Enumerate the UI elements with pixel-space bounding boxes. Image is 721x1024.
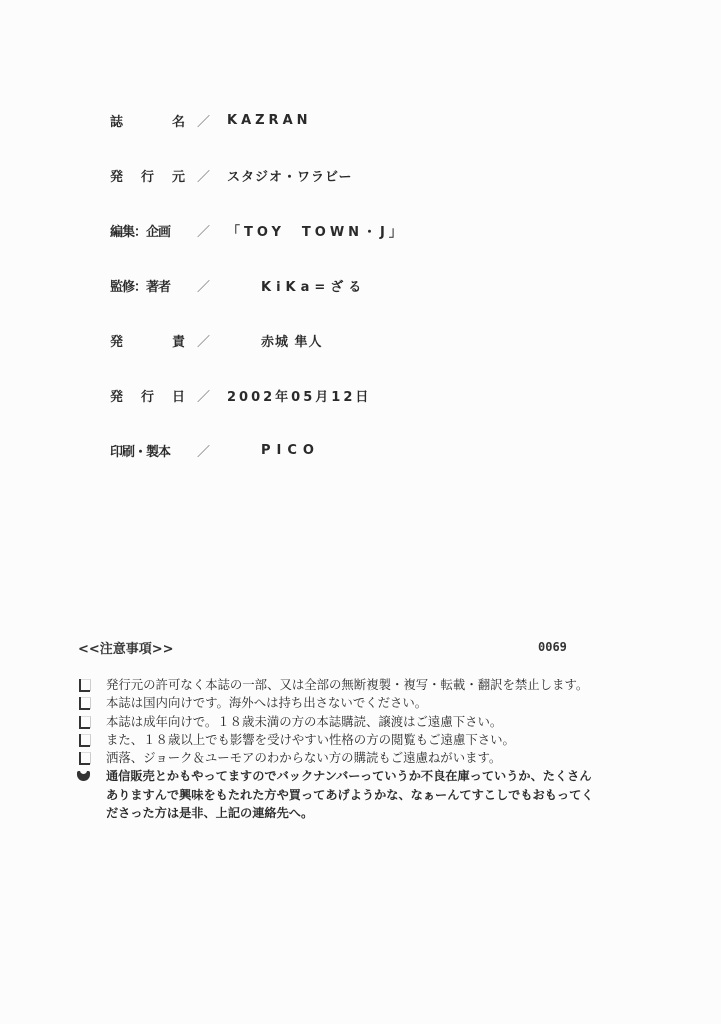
separator-slash: ／ xyxy=(185,386,227,405)
separator-slash: ／ xyxy=(185,221,227,240)
colophon-label: 発 行 元 xyxy=(110,166,185,185)
colophon-value-editor: 「TOY TOWN・J」 xyxy=(227,221,406,240)
checkbox-bullet-icon xyxy=(76,679,92,692)
colophon-value-publisher: スタジオ・ワラビー xyxy=(227,166,352,185)
colophon-value-author: KiKa=ざる xyxy=(227,276,366,295)
colophon-label: 誌 名 xyxy=(110,111,185,130)
notice-text: 発行元の許可なく本誌の一部、又は全部の無断複製・複写・転載・翻訳を禁止します。 xyxy=(106,676,596,694)
notice-text: 本誌は成年向けで。１８歳未満の方の本誌購読、譲渡はご遠慮下さい。 xyxy=(106,713,596,731)
checkbox-bullet-icon xyxy=(76,734,92,747)
colophon-label: 印刷・製本 xyxy=(110,441,185,460)
colophon-label: 発 責 xyxy=(110,331,185,350)
notice-item: 通信販売とかもやってますのでバックナンバーっていうか不良在庫っていうか、たくさん… xyxy=(76,767,596,822)
separator-slash: ／ xyxy=(185,111,227,130)
separator-slash: ／ xyxy=(185,441,227,460)
page-number: 0069 xyxy=(538,640,567,654)
notice-text: 洒落、ジョーク＆ユーモアのわからない方の購読もご遠慮ねがいます。 xyxy=(106,749,596,767)
colophon-row-date: 発 行 日 ／ 2002年05月12日 xyxy=(110,385,371,405)
notice-item: また、１８歳以上でも影響を受けやすい性格の方の閲覧もご遠慮下さい。 xyxy=(76,731,596,749)
notice-item: 発行元の許可なく本誌の一部、又は全部の無断複製・複写・転載・翻訳を禁止します。 xyxy=(76,676,596,694)
filled-box-bullet-icon xyxy=(76,770,92,783)
colophon-row-responsible: 発 責 ／ 赤城 隼人 xyxy=(110,330,323,350)
checkbox-bullet-icon xyxy=(76,752,92,765)
colophon-row-title: 誌 名 ／ KAZRAN xyxy=(110,110,312,130)
checkbox-bullet-icon xyxy=(76,697,92,710)
colophon-value-printer: PICO xyxy=(227,443,320,458)
colophon-row-editor: 編集：企画 ／ 「TOY TOWN・J」 xyxy=(110,220,406,240)
notice-text: 本誌は国内向けです。海外へは持ち出さないでください。 xyxy=(106,694,596,712)
notice-item: 本誌は国内向けです。海外へは持ち出さないでください。 xyxy=(76,694,596,712)
separator-slash: ／ xyxy=(185,276,227,295)
colophon-row-publisher: 発 行 元 ／ スタジオ・ワラビー xyxy=(110,165,352,185)
notice-list: 発行元の許可なく本誌の一部、又は全部の無断複製・複写・転載・翻訳を禁止します。 … xyxy=(76,676,596,822)
notice-header: <<注意事項>> xyxy=(78,638,174,657)
notice-item: 本誌は成年向けで。１８歳未満の方の本誌購読、譲渡はご遠慮下さい。 xyxy=(76,713,596,731)
colophon-label: 発 行 日 xyxy=(110,386,185,405)
colophon-row-author: 監修：著者 ／ KiKa=ざる xyxy=(110,275,366,295)
separator-slash: ／ xyxy=(185,166,227,185)
colophon-label: 監修：著者 xyxy=(110,276,185,295)
colophon-value-date: 2002年05月12日 xyxy=(227,386,371,405)
colophon-value-title: KAZRAN xyxy=(227,113,312,128)
checkbox-bullet-icon xyxy=(76,716,92,729)
colophon-value-responsible: 赤城 隼人 xyxy=(227,331,323,350)
separator-slash: ／ xyxy=(185,331,227,350)
notice-item: 洒落、ジョーク＆ユーモアのわからない方の購読もご遠慮ねがいます。 xyxy=(76,749,596,767)
colophon-row-printer: 印刷・製本 ／ PICO xyxy=(110,440,320,460)
notice-text-mail-order: 通信販売とかもやってますのでバックナンバーっていうか不良在庫っていうか、たくさん… xyxy=(106,767,596,822)
colophon-label: 編集：企画 xyxy=(110,221,185,240)
notice-text: また、１８歳以上でも影響を受けやすい性格の方の閲覧もご遠慮下さい。 xyxy=(106,731,596,749)
